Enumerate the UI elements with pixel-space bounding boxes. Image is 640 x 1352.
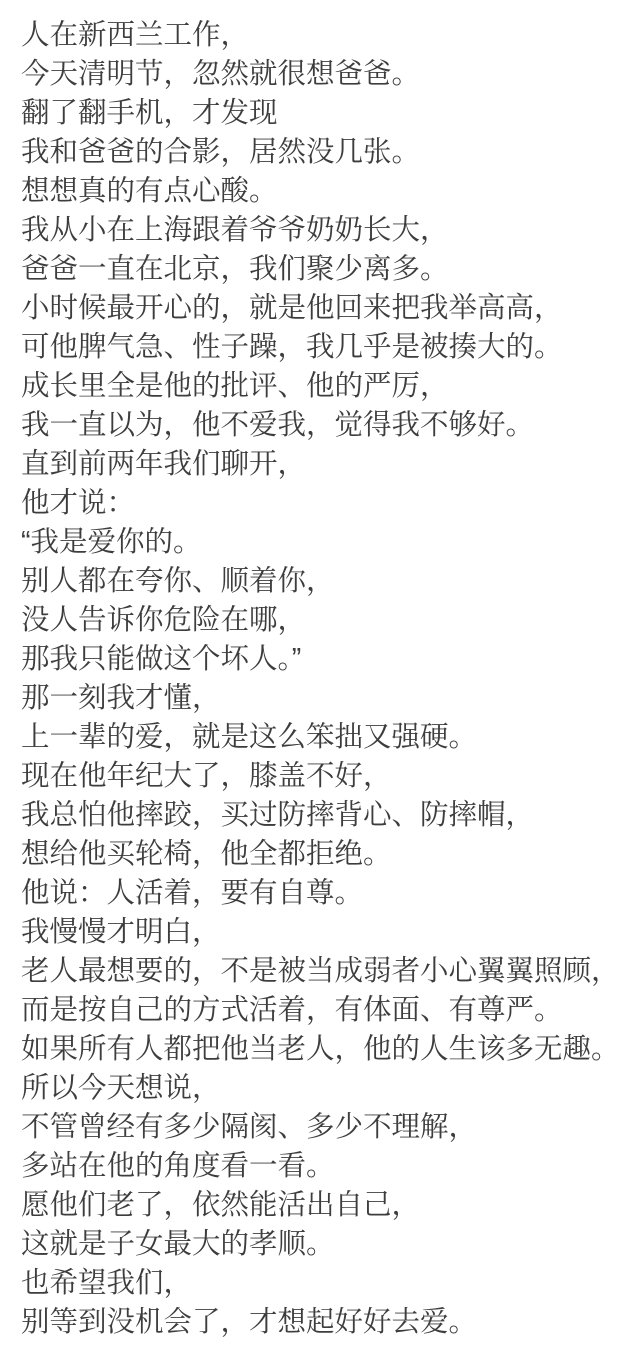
- text-line: 现在他年纪大了，膝盖不好，: [21, 757, 632, 796]
- text-line: 不管曾经有多少隔阂、多少不理解，: [21, 1108, 632, 1147]
- post-text: 人在新西兰工作，今天清明节，忽然就很想爸爸。翻了翻手机，才发现我和爸爸的合影，居…: [21, 16, 632, 1342]
- text-line: 这就是子女最大的孝顺。: [21, 1225, 632, 1264]
- text-line: 成长里全是他的批评、他的严厉，: [21, 367, 632, 406]
- text-line: 而是按自己的方式活着，有体面、有尊严。: [21, 991, 632, 1030]
- text-line: 他说：人活着，要有自尊。: [21, 874, 632, 913]
- text-line: 愿他们老了，依然能活出自己，: [21, 1186, 632, 1225]
- text-line: 多站在他的角度看一看。: [21, 1147, 632, 1186]
- text-line: 如果所有人都把他当老人，他的人生该多无趣。: [21, 1030, 632, 1069]
- text-line: 爸爸一直在北京，我们聚少离多。: [21, 250, 632, 289]
- text-line: 我总怕他摔跤，买过防摔背心、防摔帽，: [21, 796, 632, 835]
- text-line: 所以今天想说，: [21, 1069, 632, 1108]
- text-line: 想想真的有点心酸。: [21, 172, 632, 211]
- text-line: 没人告诉你危险在哪，: [21, 601, 632, 640]
- text-line: 他才说：: [21, 484, 632, 523]
- text-line: 小时候最开心的，就是他回来把我举高高，: [21, 289, 632, 328]
- text-line: 别等到没机会了，才想起好好去爱。: [21, 1303, 632, 1342]
- text-line: 那一刻我才懂，: [21, 679, 632, 718]
- text-line: 直到前两年我们聊开，: [21, 445, 632, 484]
- text-line: 人在新西兰工作，: [21, 16, 632, 55]
- text-line: 翻了翻手机，才发现: [21, 94, 632, 133]
- text-line: 上一辈的爱，就是这么笨拙又强硬。: [21, 718, 632, 757]
- post-text-container: 人在新西兰工作，今天清明节，忽然就很想爸爸。翻了翻手机，才发现我和爸爸的合影，居…: [0, 0, 640, 1342]
- text-line: “我是爱你的。: [21, 523, 632, 562]
- text-line: 也希望我们，: [21, 1264, 632, 1303]
- text-line: 今天清明节，忽然就很想爸爸。: [21, 55, 632, 94]
- text-line: 别人都在夸你、顺着你，: [21, 562, 632, 601]
- text-line: 我一直以为，他不爱我，觉得我不够好。: [21, 406, 632, 445]
- text-line: 我和爸爸的合影，居然没几张。: [21, 133, 632, 172]
- text-line: 可他脾气急、性子躁，我几乎是被揍大的。: [21, 328, 632, 367]
- text-line: 老人最想要的，不是被当成弱者小心翼翼照顾，: [21, 952, 632, 991]
- text-line: 那我只能做这个坏人。”: [21, 640, 632, 679]
- text-line: 我慢慢才明白，: [21, 913, 632, 952]
- text-line: 想给他买轮椅，他全都拒绝。: [21, 835, 632, 874]
- text-line: 我从小在上海跟着爷爷奶奶长大，: [21, 211, 632, 250]
